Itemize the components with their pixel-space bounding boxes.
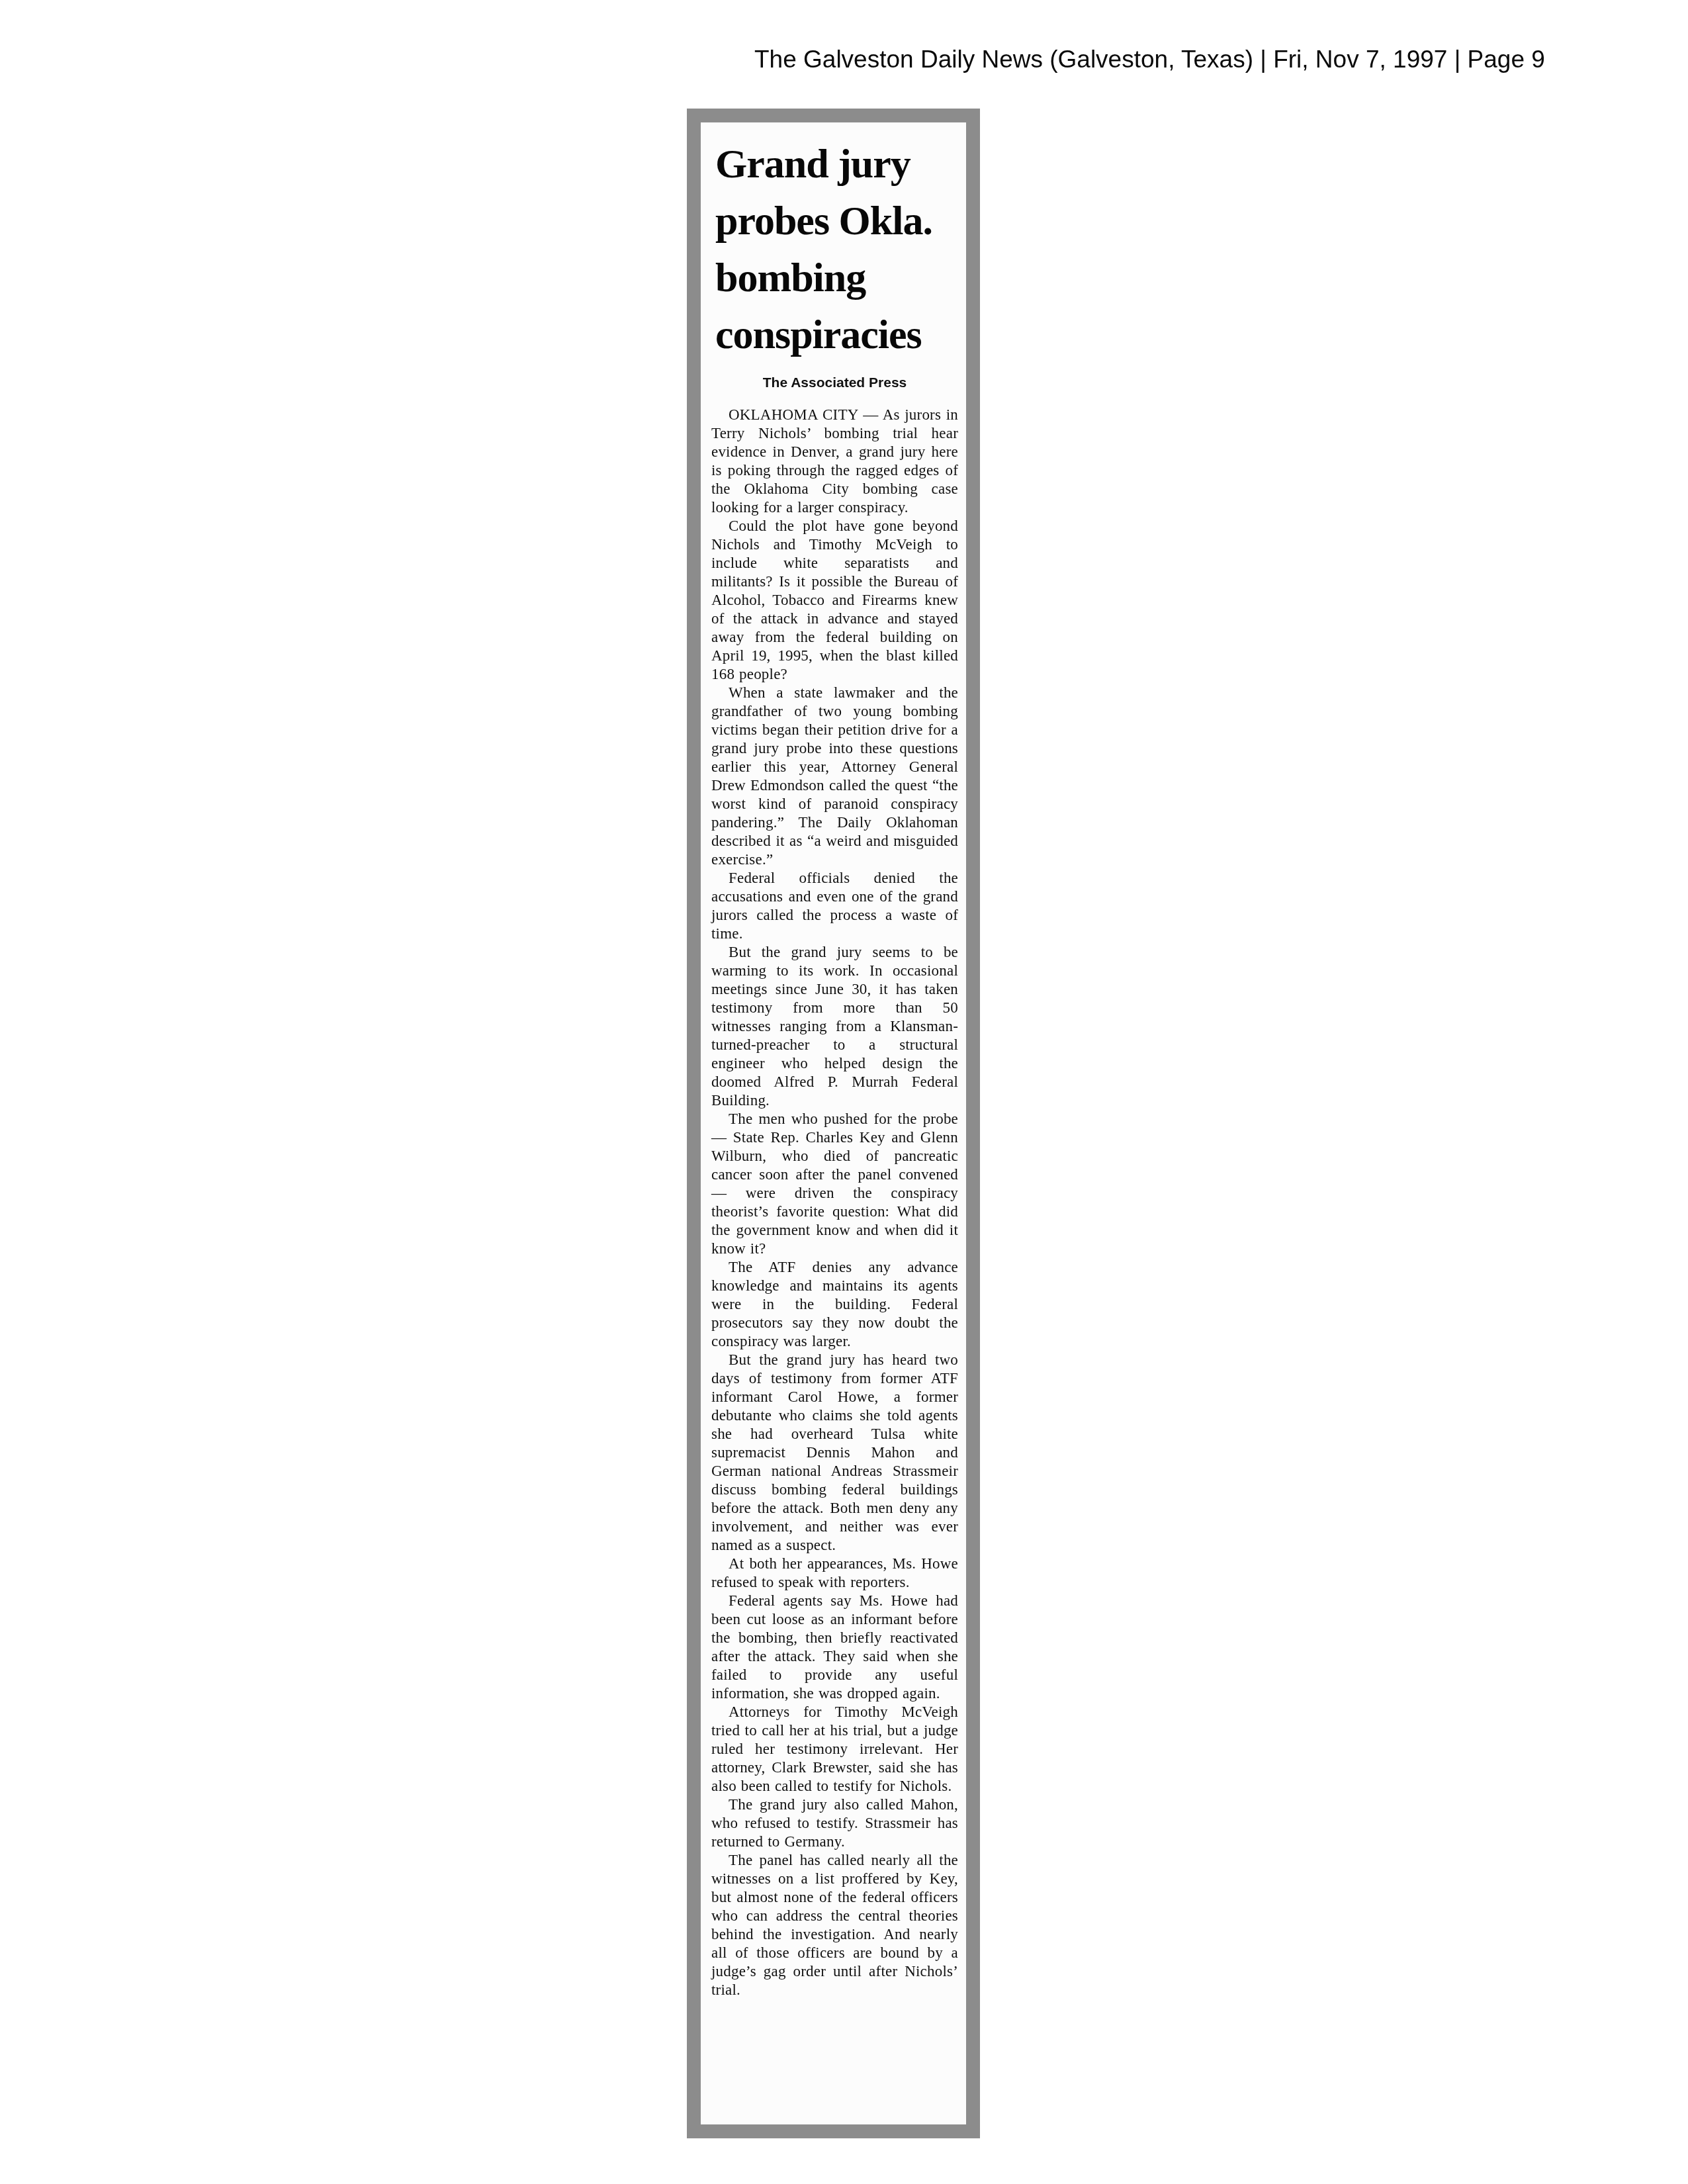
- citation-header: The Galveston Daily News (Galveston, Tex…: [754, 46, 1545, 73]
- article-paragraph: The men who pushed for the probe — State…: [711, 1110, 958, 1258]
- article-headline: Grand juryprobes Okla.bombingconspiracie…: [715, 136, 958, 363]
- headline-line: conspiracies: [715, 306, 958, 363]
- article-paragraph: The panel has called nearly all the witn…: [711, 1851, 958, 1999]
- article-paragraph: Federal agents say Ms. Howe had been cut…: [711, 1592, 958, 1703]
- article-paragraph: When a state lawmaker and the grandfathe…: [711, 684, 958, 869]
- article-paragraph: Could the plot have gone beyond Nichols …: [711, 517, 958, 684]
- article-paragraph: Federal officials denied the accusations…: [711, 869, 958, 943]
- newspaper-clipping: Grand juryprobes Okla.bombingconspiracie…: [687, 109, 980, 2138]
- article-paragraph: The ATF denies any advance knowledge and…: [711, 1258, 958, 1351]
- article-paragraph: The grand jury also called Mahon, who re…: [711, 1796, 958, 1851]
- page: The Galveston Daily News (Galveston, Tex…: [0, 0, 1688, 2184]
- article-paragraph: At both her appearances, Ms. Howe refuse…: [711, 1555, 958, 1592]
- article-paragraph: OKLAHOMA CITY — As jurors in Terry Nicho…: [711, 406, 958, 517]
- headline-line: bombing: [715, 250, 958, 306]
- clipping-content: Grand juryprobes Okla.bombingconspiracie…: [701, 122, 966, 1999]
- article-paragraph: Attorneys for Timothy McVeigh tried to c…: [711, 1703, 958, 1796]
- article-body: OKLAHOMA CITY — As jurors in Terry Nicho…: [711, 406, 958, 1999]
- headline-line: Grand jury: [715, 136, 958, 193]
- headline-line: probes Okla.: [715, 193, 958, 250]
- article-byline: The Associated Press: [711, 375, 958, 391]
- article-paragraph: But the grand jury has heard two days of…: [711, 1351, 958, 1555]
- article-paragraph: But the grand jury seems to be warming t…: [711, 943, 958, 1110]
